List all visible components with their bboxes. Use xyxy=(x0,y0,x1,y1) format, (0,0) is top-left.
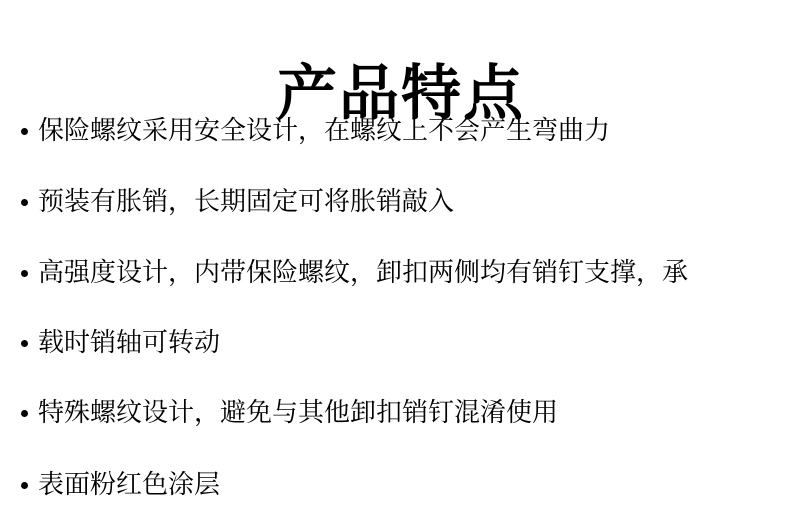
feature-text: 预装有胀销，长期固定可将胀销敲入 xyxy=(38,184,454,220)
bullet-icon xyxy=(21,199,28,206)
feature-item: 表面粉红色涂层 xyxy=(18,467,220,503)
feature-item: 高强度设计，内带保险螺纹，卸扣两侧均有销钉支撑，承 xyxy=(18,255,688,291)
feature-text: 载时销轴可转动 xyxy=(38,325,220,361)
bullet-icon xyxy=(21,410,28,417)
bullet-icon xyxy=(21,128,28,135)
feature-text: 保险螺纹采用安全设计，在螺纹上不会产生弯曲力 xyxy=(38,113,610,149)
bullet-icon xyxy=(21,270,28,277)
feature-item: 特殊螺纹设计，避免与其他卸扣销钉混淆使用 xyxy=(18,395,558,431)
bullet-icon xyxy=(21,482,28,489)
feature-item: 载时销轴可转动 xyxy=(18,325,220,361)
feature-item: 保险螺纹采用安全设计，在螺纹上不会产生弯曲力 xyxy=(18,113,610,149)
feature-text: 特殊螺纹设计，避免与其他卸扣销钉混淆使用 xyxy=(38,395,558,431)
feature-item: 预装有胀销，长期固定可将胀销敲入 xyxy=(18,184,454,220)
feature-text: 表面粉红色涂层 xyxy=(38,467,220,503)
bullet-icon xyxy=(21,340,28,347)
feature-text: 高强度设计，内带保险螺纹，卸扣两侧均有销钉支撑，承 xyxy=(38,255,688,291)
